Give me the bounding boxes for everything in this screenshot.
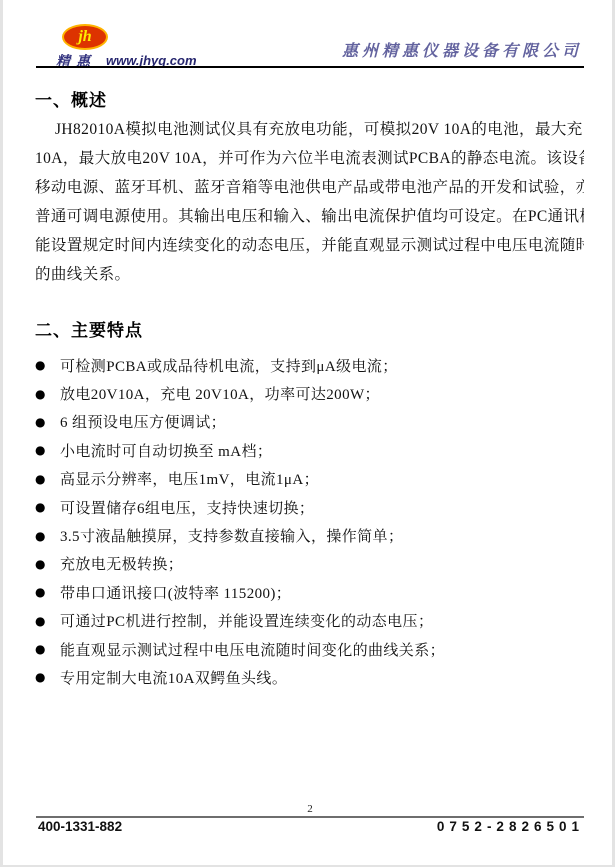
feature-item: ● 6 组预设电压方便调试； (35, 408, 584, 436)
bullet-icon: ● (35, 643, 60, 655)
paragraph-line: 能设置规定时间内连续变化的动态电压，并能直观显示测试过程中电压电流随时间变化 (35, 231, 584, 260)
page-number: 2 (303, 803, 317, 815)
bullet-icon: ● (35, 444, 60, 456)
feature-item: ● 放电20V10A，充电 20V10A，功率可达200W； (35, 379, 584, 407)
logo-jh-icon: jh (62, 24, 108, 50)
bullet-icon: ● (35, 359, 60, 371)
feature-item-text: 高显示分辨率，电压1mV，电流1μA； (60, 468, 319, 489)
bullet-icon: ● (35, 501, 60, 513)
phone-left: 400-1331-882 (38, 819, 122, 834)
overview-paragraph: JH82010A模拟电池测试仪具有充放电功能，可模拟20V 10A的电池，最大充… (35, 115, 584, 289)
feature-item: ● 专用定制大电流10A双鳄鱼头线。 (35, 663, 584, 691)
section-features-heading: 二、主要特点 (35, 316, 584, 341)
feature-item: ● 小电流时可自动切换至 mA档； (35, 436, 584, 464)
feature-item-text: 可设置储存6组电压，支持快速切换； (60, 497, 314, 518)
feature-item: ● 可检测PCBA或成品待机电流，支持到μA级电流； (35, 351, 584, 379)
paragraph-line: JH82010A模拟电池测试仪具有充放电功能，可模拟20V 10A的电池，最大充… (35, 115, 584, 144)
paragraph-line: 移动电源、蓝牙耳机、蓝牙音箱等电池供电产品或带电池产品的开发和试验，亦可作为 (35, 173, 584, 202)
features-list: ● 可检测PCBA或成品待机电流，支持到μA级电流； ● 放电20V10A，充电… (35, 351, 584, 692)
section-overview-heading: 一、概述 (35, 86, 584, 111)
feature-item: ● 可设置储存6组电压，支持快速切换； (35, 493, 584, 521)
feature-item-text: 可通过PC机进行控制，并能设置连续变化的动态电压； (60, 610, 433, 631)
paragraph-line: 普通可调电源使用。其输出电压和输入、输出电流保护值均可设定。在PC通讯模式下， (35, 202, 584, 231)
paragraph-line: 的曲线关系。 (35, 260, 584, 289)
bullet-icon: ● (35, 671, 60, 683)
page-footer: 2 400-1331-882 0752-2826501 (36, 798, 584, 843)
page-header: jh 精惠 www.jhyq.com 惠州精惠仪器设备有限公司 (36, 22, 584, 68)
bullet-icon: ● (35, 416, 60, 428)
bullet-icon: ● (35, 558, 60, 570)
feature-item: ● 可通过PC机进行控制，并能设置连续变化的动态电压； (35, 607, 584, 635)
logo-brand-text: 精惠 (56, 51, 96, 71)
paragraph-line: 10A，最大放电20V 10A，并可作为六位半电流表测试PCBA的静态电流。该设… (35, 144, 584, 173)
bullet-icon: ● (35, 388, 60, 400)
feature-item-text: 专用定制大电流10A双鳄鱼头线。 (60, 667, 287, 688)
feature-item-text: 3.5寸液晶触摸屏，支持参数直接输入，操作简单； (60, 525, 403, 546)
feature-item: ● 高显示分辨率，电压1mV，电流1μA； (35, 465, 584, 493)
bullet-icon: ● (35, 530, 60, 542)
feature-item-text: 6 组预设电压方便调试； (60, 411, 226, 432)
feature-item: ● 带串口通讯接口(波特率 115200)； (35, 578, 584, 606)
document-page: jh 精惠 www.jhyq.com 惠州精惠仪器设备有限公司 一、概述 JH8… (0, 0, 615, 867)
feature-item-text: 带串口通讯接口(波特率 115200)； (60, 582, 291, 603)
feature-item-text: 能直观显示测试过程中电压电流随时间变化的曲线关系； (60, 639, 445, 660)
footer-contacts: 400-1331-882 0752-2826501 (38, 819, 584, 834)
feature-item-text: 放电20V10A，充电 20V10A，功率可达200W； (60, 383, 380, 404)
footer-divider (36, 816, 584, 818)
phone-right: 0752-2826501 (437, 819, 584, 834)
feature-item: ● 能直观显示测试过程中电压电流随时间变化的曲线关系； (35, 635, 584, 663)
feature-item: ● 充放电无极转换； (35, 550, 584, 578)
bullet-icon: ● (35, 615, 60, 627)
company-name: 惠州精惠仪器设备有限公司 (342, 38, 582, 61)
header-divider (36, 66, 584, 68)
bullet-icon: ● (35, 473, 60, 485)
feature-item: ● 3.5寸液晶触摸屏，支持参数直接输入，操作简单； (35, 521, 584, 549)
feature-item-text: 充放电无极转换； (60, 553, 183, 574)
logo-badge-text: jh (78, 28, 91, 45)
feature-item-text: 小电流时可自动切换至 mA档； (60, 440, 272, 461)
bullet-icon: ● (35, 586, 60, 598)
feature-item-text: 可检测PCBA或成品待机电流，支持到μA级电流； (60, 355, 398, 376)
document-body: 一、概述 JH82010A模拟电池测试仪具有充放电功能，可模拟20V 10A的电… (35, 80, 584, 692)
